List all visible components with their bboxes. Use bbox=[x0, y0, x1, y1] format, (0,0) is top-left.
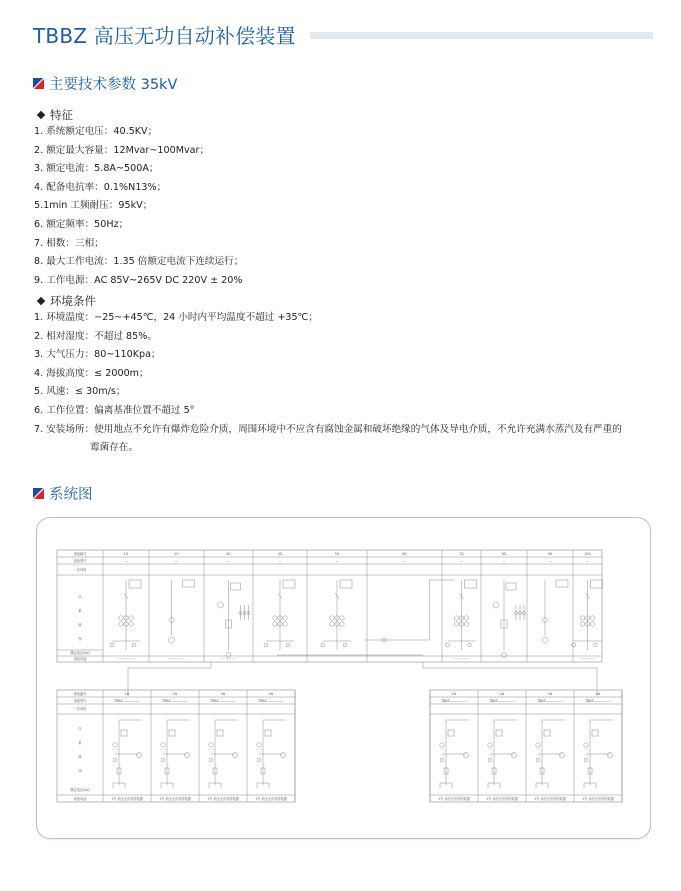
svg-text:系: 系 bbox=[78, 608, 82, 613]
list-item: 3. 大气压力：80~110Kpa； bbox=[34, 346, 622, 365]
svg-text:统: 统 bbox=[78, 754, 82, 759]
svg-text:1号 高压无功补偿装置: 1号 高压无功补偿装置 bbox=[534, 796, 567, 801]
svg-text:一次母线: 一次母线 bbox=[74, 706, 88, 711]
svg-text:6G: 6G bbox=[402, 552, 407, 556]
svg-text:—: — bbox=[586, 559, 590, 563]
list-item: 6. 额定频率：50Hz； bbox=[34, 216, 243, 235]
svg-text:TBBZ —————: TBBZ ————— bbox=[209, 699, 236, 703]
diamond-bullet-icon bbox=[37, 297, 45, 305]
title-decoration-bar bbox=[310, 32, 653, 39]
list-item: 9. 工作电源：AC 85V~265V DC 220V ± 20% bbox=[34, 272, 243, 291]
list-item: 4. 配备电抗率：0.1%N13%； bbox=[34, 179, 243, 198]
svg-text:2G: 2G bbox=[174, 552, 179, 556]
svg-text:—: — bbox=[278, 559, 282, 563]
svg-text:9G: 9G bbox=[548, 552, 553, 556]
svg-text:设备编号: 设备编号 bbox=[74, 551, 88, 556]
svg-text:—: — bbox=[548, 559, 552, 563]
svg-text:1#: 1# bbox=[452, 692, 457, 696]
list-item: 1. 系统额定电压：40.5KV； bbox=[34, 123, 243, 142]
subheading-environment: 环境条件 bbox=[36, 293, 96, 309]
svg-text:TBBZ —————: TBBZ ————— bbox=[584, 699, 611, 703]
svg-text:8G: 8G bbox=[502, 552, 507, 556]
list-item: 5. 风速：≤ 30m/s； bbox=[34, 383, 622, 402]
list-item: 3. 额定电流：5.8A~500A； bbox=[34, 160, 243, 179]
svg-text:10G: 10G bbox=[584, 552, 591, 556]
section-title: 系统图 bbox=[49, 483, 93, 504]
svg-text:1号 高压无功补偿装置: 1号 高压无功补偿装置 bbox=[438, 796, 471, 801]
list-item: 霉菌存在。 bbox=[34, 439, 622, 458]
svg-text:4#: 4# bbox=[269, 692, 274, 696]
svg-text:1号 高压无功补偿装置: 1号 高压无功补偿装置 bbox=[486, 796, 519, 801]
svg-text:一次母线: 一次母线 bbox=[74, 567, 88, 572]
subheading-label: 环境条件 bbox=[50, 293, 96, 309]
svg-text:4#: 4# bbox=[596, 692, 601, 696]
svg-text:················: ················ bbox=[168, 657, 184, 661]
features-list: 1. 系统额定电压：40.5KV； 2. 额定最大容量：12Mvar~100Mv… bbox=[34, 123, 243, 290]
subheading-features: 特征 bbox=[36, 107, 73, 123]
svg-text:统: 统 bbox=[78, 622, 82, 627]
svg-text:1号 高压无功补偿装置: 1号 高压无功补偿装置 bbox=[159, 796, 192, 801]
svg-text:1号 高压无功补偿装置: 1号 高压无功补偿装置 bbox=[255, 796, 288, 801]
section-marker-icon bbox=[33, 78, 44, 89]
list-item: 2. 相对湿度：不超过 85%。 bbox=[34, 328, 622, 347]
svg-text:1号 高压无功补偿装置: 1号 高压无功补偿装置 bbox=[207, 796, 240, 801]
svg-text:—: — bbox=[124, 559, 128, 563]
svg-text:2#: 2# bbox=[500, 692, 505, 696]
system-diagram: 设备编号设备型号一次母线次系统图额定电压(kV)设备用途1G—2G—3G—4G—… bbox=[37, 518, 652, 840]
svg-text:5G: 5G bbox=[335, 552, 340, 556]
svg-text:系: 系 bbox=[78, 740, 82, 745]
svg-text:设备型号: 设备型号 bbox=[74, 558, 88, 563]
svg-text:················: ················ bbox=[220, 657, 236, 661]
list-item: 7. 安装场所：使用地点不允许有爆炸危险介质，周围环境中不应含有腐蚀金属和破坏绝… bbox=[34, 421, 622, 440]
title-row: TBBZ 高压无功自动补偿装置 bbox=[33, 20, 653, 48]
svg-text:设备用途: 设备用途 bbox=[74, 796, 88, 801]
list-item: 4. 海拔高度：≤ 2000m； bbox=[34, 365, 622, 384]
svg-text:额定电压(kV): 额定电压(kV) bbox=[70, 787, 89, 792]
svg-text:次: 次 bbox=[78, 594, 82, 599]
svg-text:1G: 1G bbox=[124, 552, 129, 556]
svg-text:TBBZ —————: TBBZ ————— bbox=[113, 699, 140, 703]
svg-text:1#: 1# bbox=[125, 692, 130, 696]
svg-text:—: — bbox=[460, 559, 464, 563]
svg-text:额定电压(kV): 额定电压(kV) bbox=[70, 650, 89, 655]
svg-text:TBBZ —————: TBBZ ————— bbox=[257, 699, 284, 703]
svg-text:—: — bbox=[335, 559, 339, 563]
svg-text:4G: 4G bbox=[278, 552, 283, 556]
list-item: 5.1min 工频耐压：95kV； bbox=[34, 197, 243, 216]
section-title: 主要技术参数 35kV bbox=[49, 73, 177, 94]
svg-text:—: — bbox=[403, 559, 407, 563]
svg-text:次: 次 bbox=[78, 726, 82, 731]
svg-text:TBBZ —————: TBBZ ————— bbox=[440, 699, 467, 703]
svg-text:TBBZ —————: TBBZ ————— bbox=[488, 699, 515, 703]
svg-text:················: ················ bbox=[453, 657, 469, 661]
svg-text:7G: 7G bbox=[459, 552, 464, 556]
section-heading-specs: 主要技术参数 35kV bbox=[33, 73, 177, 94]
list-item: 1. 环境温度：−25~+45℃，24 小时内平均温度不超过 +35℃； bbox=[34, 309, 622, 328]
svg-text:TBBZ —————: TBBZ ————— bbox=[161, 699, 188, 703]
environment-list: 1. 环境温度：−25~+45℃，24 小时内平均温度不超过 +35℃； 2. … bbox=[34, 309, 622, 458]
section-heading-system: 系统图 bbox=[33, 483, 93, 504]
svg-text:3G: 3G bbox=[226, 552, 231, 556]
svg-text:1号 高压无功补偿装置: 1号 高压无功补偿装置 bbox=[111, 796, 144, 801]
svg-text:设备编号: 设备编号 bbox=[74, 691, 88, 696]
svg-text:—: — bbox=[502, 559, 506, 563]
svg-text:—: — bbox=[227, 559, 231, 563]
svg-text:设备型号: 设备型号 bbox=[74, 698, 88, 703]
svg-text:3#: 3# bbox=[221, 692, 226, 696]
page-title: TBBZ 高压无功自动补偿装置 bbox=[33, 20, 296, 49]
list-item: 6. 工作位置：偏离基准位置不超过 5° bbox=[34, 402, 622, 421]
subheading-label: 特征 bbox=[50, 107, 73, 123]
svg-text:图: 图 bbox=[78, 768, 81, 773]
list-item: 2. 额定最大容量：12Mvar~100Mvar； bbox=[34, 142, 243, 161]
svg-text:················: ················ bbox=[118, 657, 134, 661]
svg-text:3#: 3# bbox=[548, 692, 553, 696]
svg-text:图: 图 bbox=[78, 636, 81, 641]
svg-text:设备用途: 设备用途 bbox=[74, 656, 88, 661]
diamond-bullet-icon bbox=[37, 111, 45, 119]
svg-text:················: ················ bbox=[579, 657, 595, 661]
svg-text:—: — bbox=[175, 559, 179, 563]
system-diagram-card: 设备编号设备型号一次母线次系统图额定电压(kV)设备用途1G—2G—3G—4G—… bbox=[36, 517, 651, 839]
list-item: 7. 相数：三相； bbox=[34, 235, 243, 254]
svg-text:2#: 2# bbox=[173, 692, 178, 696]
list-item: 8. 最大工作电流：1.35 倍额定电流下连续运行； bbox=[34, 253, 243, 272]
svg-text:TBBZ —————: TBBZ ————— bbox=[536, 699, 563, 703]
section-marker-icon bbox=[33, 488, 44, 499]
svg-text:1号 高压无功补偿装置: 1号 高压无功补偿装置 bbox=[582, 796, 615, 801]
